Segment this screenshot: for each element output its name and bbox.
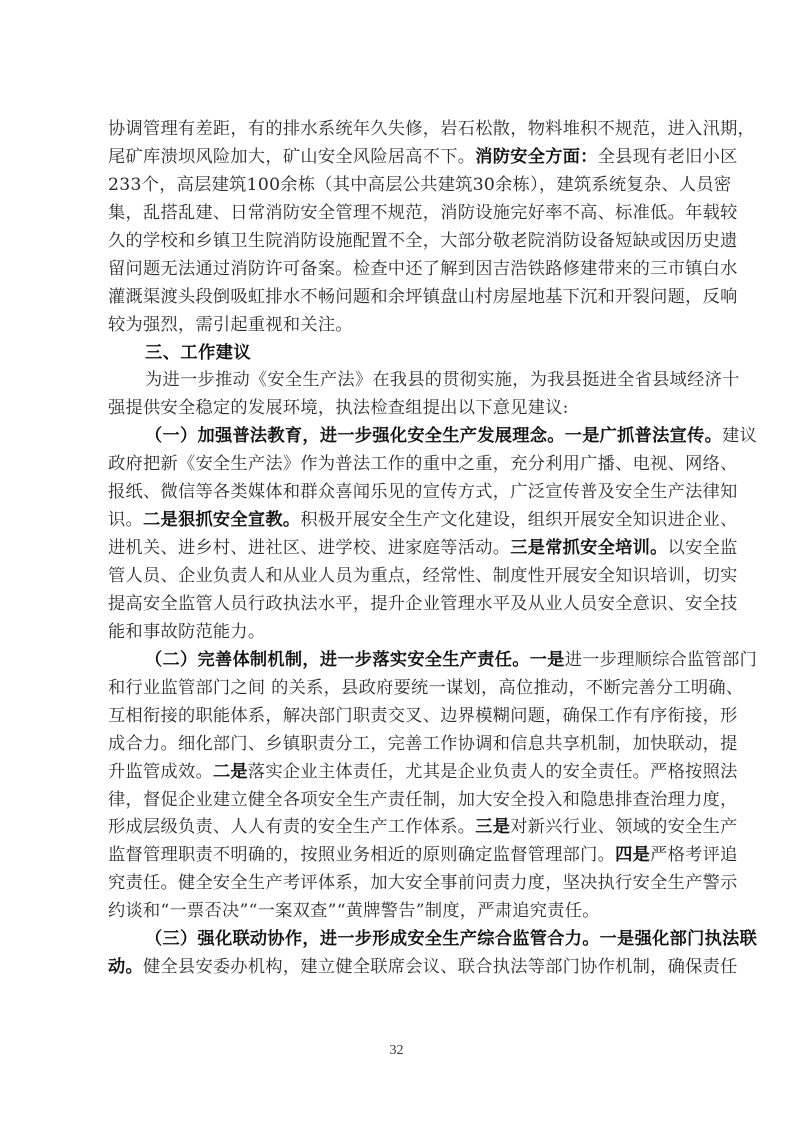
text-segment: 落实企业主体责任，尤其是企业负责人的安全责任。严格按照法 xyxy=(248,762,738,782)
section-heading: 三、工作建议 xyxy=(108,340,691,368)
text-line: 政府把新《安全生产法》作为普法工作的重中之重，充分利用广播、电视、网络、 xyxy=(108,451,691,479)
document-body: 协调管理有差距，有的排水系统年久失修，岩石松散，物料堆积不规范，进入汛期，尾矿库… xyxy=(108,116,691,982)
text-line: 和行业监管部门之间 的关系，县政府要统一谋划，高位推动，不断完善分工明确、 xyxy=(108,675,691,703)
bold-text-segment: （二）完善体制机制，进一步落实安全生产责任。一是 xyxy=(145,650,565,670)
text-segment: 健全县安委办机构，建立健全联席会议、联合执法等部门协作机制，确保责任 xyxy=(143,957,738,977)
text-segment: 政府把新《安全生产法》作为普法工作的重中之重，充分利用广播、电视、网络、 xyxy=(108,454,738,474)
text-segment: 报纸、微信等各类媒体和群众喜闻乐见的宣传方式，广泛宣传普及安全生产法律知 xyxy=(108,482,738,502)
text-segment: 积极开展安全生产文化建设，组织开展安全知识进企业、 xyxy=(300,510,737,530)
text-line: 报纸、微信等各类媒体和群众喜闻乐见的宣传方式，广泛宣传普及安全生产法律知 xyxy=(108,479,691,507)
text-line: 成合力。细化部门、乡镇职责分工，完善工作协调和信息共享机制，加快联动，提 xyxy=(108,731,691,759)
text-segment: 约谈和“一票否决”“一案双查”“黄牌警告”制度，严肃追究责任。 xyxy=(108,901,600,921)
text-line: 动。健全县安委办机构，建立健全联席会议、联合执法等部门协作机制，确保责任 xyxy=(108,954,691,982)
text-segment: 全县现有老旧小区 xyxy=(598,147,738,167)
text-line: 律，督促企业建立健全各项安全生产责任制，加大安全投入和隐患排查治理力度， xyxy=(108,787,691,815)
bold-text-segment: （三）强化联动协作，进一步形成安全生产综合监管合力。一是强化部门执法联 xyxy=(145,929,757,949)
text-line: 管人员、企业负责人和从业人员为重点，经常性、制度性开展安全知识培训，切实 xyxy=(108,563,691,591)
text-line: 尾矿库溃坝风险加大，矿山安全风险居高不下。消防安全方面：全县现有老旧小区 xyxy=(108,144,691,172)
text-line: 监督管理职责不明确的，按照业务相近的原则确定监督管理部门。四是严格考评追 xyxy=(108,842,691,870)
text-segment: 严格考评追 xyxy=(650,845,737,865)
text-line: 识。二是狠抓安全宣教。积极开展安全生产文化建设，组织开展安全知识进企业、 xyxy=(108,507,691,535)
text-segment: 管人员、企业负责人和从业人员为重点，经常性、制度性开展安全知识培训，切实 xyxy=(108,566,738,586)
text-line: 灌溉渠渡头段倒吸虹排水不畅问题和余坪镇盘山村房屋地基下沉和开裂问题，反响 xyxy=(108,284,691,312)
text-line: 集，乱搭乱建、日常消防安全管理不规范，消防设施完好率不高、标准低。年载较 xyxy=(108,200,691,228)
text-segment: 进机关、进乡村、进社区、进学校、进家庭等活动。 xyxy=(108,538,510,558)
text-segment: 三、工作建议 xyxy=(145,343,251,363)
text-segment: 识。 xyxy=(108,510,143,530)
page-number: 32 xyxy=(0,1043,793,1059)
text-segment: 以安全监 xyxy=(668,538,738,558)
text-segment: 尾矿库溃坝风险加大，矿山安全风险居高不下。 xyxy=(108,147,475,167)
text-segment: 久的学校和乡镇卫生院消防设施配置不全，大部分敬老院消防设备短缺或因历史遗 xyxy=(108,231,738,251)
text-segment: 能和事故防范能力。 xyxy=(108,622,265,642)
text-segment: 留问题无法通过消防许可备案。检查中还了解到因吉浩铁路修建带来的三市镇白水 xyxy=(108,259,738,279)
text-line: 形成层级负责、人人有责的安全生产工作体系。三是对新兴行业、领域的安全生产 xyxy=(108,814,691,842)
text-segment: 进一步理顺综合监管部门 xyxy=(565,650,757,670)
text-segment: 强提供安全稳定的发展环境，执法检查组提出以下意见建议: xyxy=(108,398,569,418)
text-line: 能和事故防范能力。 xyxy=(108,619,691,647)
text-segment: 律，督促企业建立健全各项安全生产责任制，加大安全投入和隐患排查治理力度， xyxy=(108,790,738,810)
text-segment: 和行业监管部门之间 的关系，县政府要统一谋划，高位推动，不断完善分工明确、 xyxy=(108,678,743,698)
text-line: 强提供安全稳定的发展环境，执法检查组提出以下意见建议: xyxy=(108,395,691,423)
text-line: 留问题无法通过消防许可备案。检查中还了解到因吉浩铁路修建带来的三市镇白水 xyxy=(108,256,691,284)
text-segment: 升监管成效。 xyxy=(108,762,213,782)
text-line: 较为强烈，需引起重视和关注。 xyxy=(108,312,691,340)
bold-text-segment: 二是 xyxy=(213,762,248,782)
text-segment: 形成层级负责、人人有责的安全生产工作体系。 xyxy=(108,817,475,837)
text-segment: 监督管理职责不明确的，按照业务相近的原则确定监督管理部门。 xyxy=(108,845,615,865)
text-segment: 究责任。健全安全生产考评体系，加大安全事前问责力度，坚决执行安全生产警示 xyxy=(108,873,738,893)
text-segment: 成合力。细化部门、乡镇职责分工，完善工作协调和信息共享机制，加快联动，提 xyxy=(108,734,738,754)
text-line: 协调管理有差距，有的排水系统年久失修，岩石松散，物料堆积不规范，进入汛期， xyxy=(108,116,691,144)
text-line: 互相衔接的职能体系，解决部门职责交叉、边界模糊问题，确保工作有序衔接，形 xyxy=(108,703,691,731)
text-segment: 提高安全监管人员行政执法水平，提升企业管理水平及从业人员安全意识、安全技 xyxy=(108,594,738,614)
text-segment: 为进一步推动《安全生产法》在我县的贯彻实施，为我县挺进全省县域经济十 xyxy=(145,370,740,390)
bold-text-segment: 三是 xyxy=(475,817,510,837)
text-segment: 233个，高层建筑100余栋（其中高层公共建筑30余栋），建筑系统复杂、人员密 xyxy=(108,175,731,195)
text-segment: 集，乱搭乱建、日常消防安全管理不规范，消防设施完好率不高、标准低。年载较 xyxy=(108,203,738,223)
text-segment: 互相衔接的职能体系，解决部门职责交叉、边界模糊问题，确保工作有序衔接，形 xyxy=(108,706,738,726)
bold-text-segment: 二是狠抓安全宣教。 xyxy=(143,510,300,530)
bold-text-segment: 动。 xyxy=(108,957,143,977)
bold-text-segment: 消防安全方面： xyxy=(475,147,597,167)
text-segment: 协调管理有差距，有的排水系统年久失修，岩石松散，物料堆积不规范，进入汛期， xyxy=(108,119,755,139)
text-segment: 建议 xyxy=(722,426,757,446)
text-line: 久的学校和乡镇卫生院消防设施配置不全，大部分敬老院消防设备短缺或因历史遗 xyxy=(108,228,691,256)
text-line: （三）强化联动协作，进一步形成安全生产综合监管合力。一是强化部门执法联 xyxy=(108,926,691,954)
text-line: 究责任。健全安全生产考评体系，加大安全事前问责力度，坚决执行安全生产警示 xyxy=(108,870,691,898)
bold-text-segment: 四是 xyxy=(615,845,650,865)
text-line: 升监管成效。二是落实企业主体责任，尤其是企业负责人的安全责任。严格按照法 xyxy=(108,759,691,787)
text-line: 约谈和“一票否决”“一案双查”“黄牌警告”制度，严肃追究责任。 xyxy=(108,898,691,926)
text-segment: 较为强烈，需引起重视和关注。 xyxy=(108,315,353,335)
text-line: （二）完善体制机制，进一步落实安全生产责任。一是进一步理顺综合监管部门 xyxy=(108,647,691,675)
text-line: 为进一步推动《安全生产法》在我县的贯彻实施，为我县挺进全省县域经济十 xyxy=(108,367,691,395)
bold-text-segment: （一）加强普法教育，进一步强化安全生产发展理念。一是广抓普法宣传。 xyxy=(145,426,722,446)
text-segment: 灌溉渠渡头段倒吸虹排水不畅问题和余坪镇盘山村房屋地基下沉和开裂问题，反响 xyxy=(108,287,738,307)
bold-text-segment: 三是常抓安全培训。 xyxy=(510,538,667,558)
text-line: 233个，高层建筑100余栋（其中高层公共建筑30余栋），建筑系统复杂、人员密 xyxy=(108,172,691,200)
text-line: 进机关、进乡村、进社区、进学校、进家庭等活动。三是常抓安全培训。以安全监 xyxy=(108,535,691,563)
text-segment: 对新兴行业、领域的安全生产 xyxy=(510,817,737,837)
text-line: （一）加强普法教育，进一步强化安全生产发展理念。一是广抓普法宣传。建议 xyxy=(108,423,691,451)
text-line: 提高安全监管人员行政执法水平，提升企业管理水平及从业人员安全意识、安全技 xyxy=(108,591,691,619)
document-page: 协调管理有差距，有的排水系统年久失修，岩石松散，物料堆积不规范，进入汛期，尾矿库… xyxy=(0,0,793,1122)
